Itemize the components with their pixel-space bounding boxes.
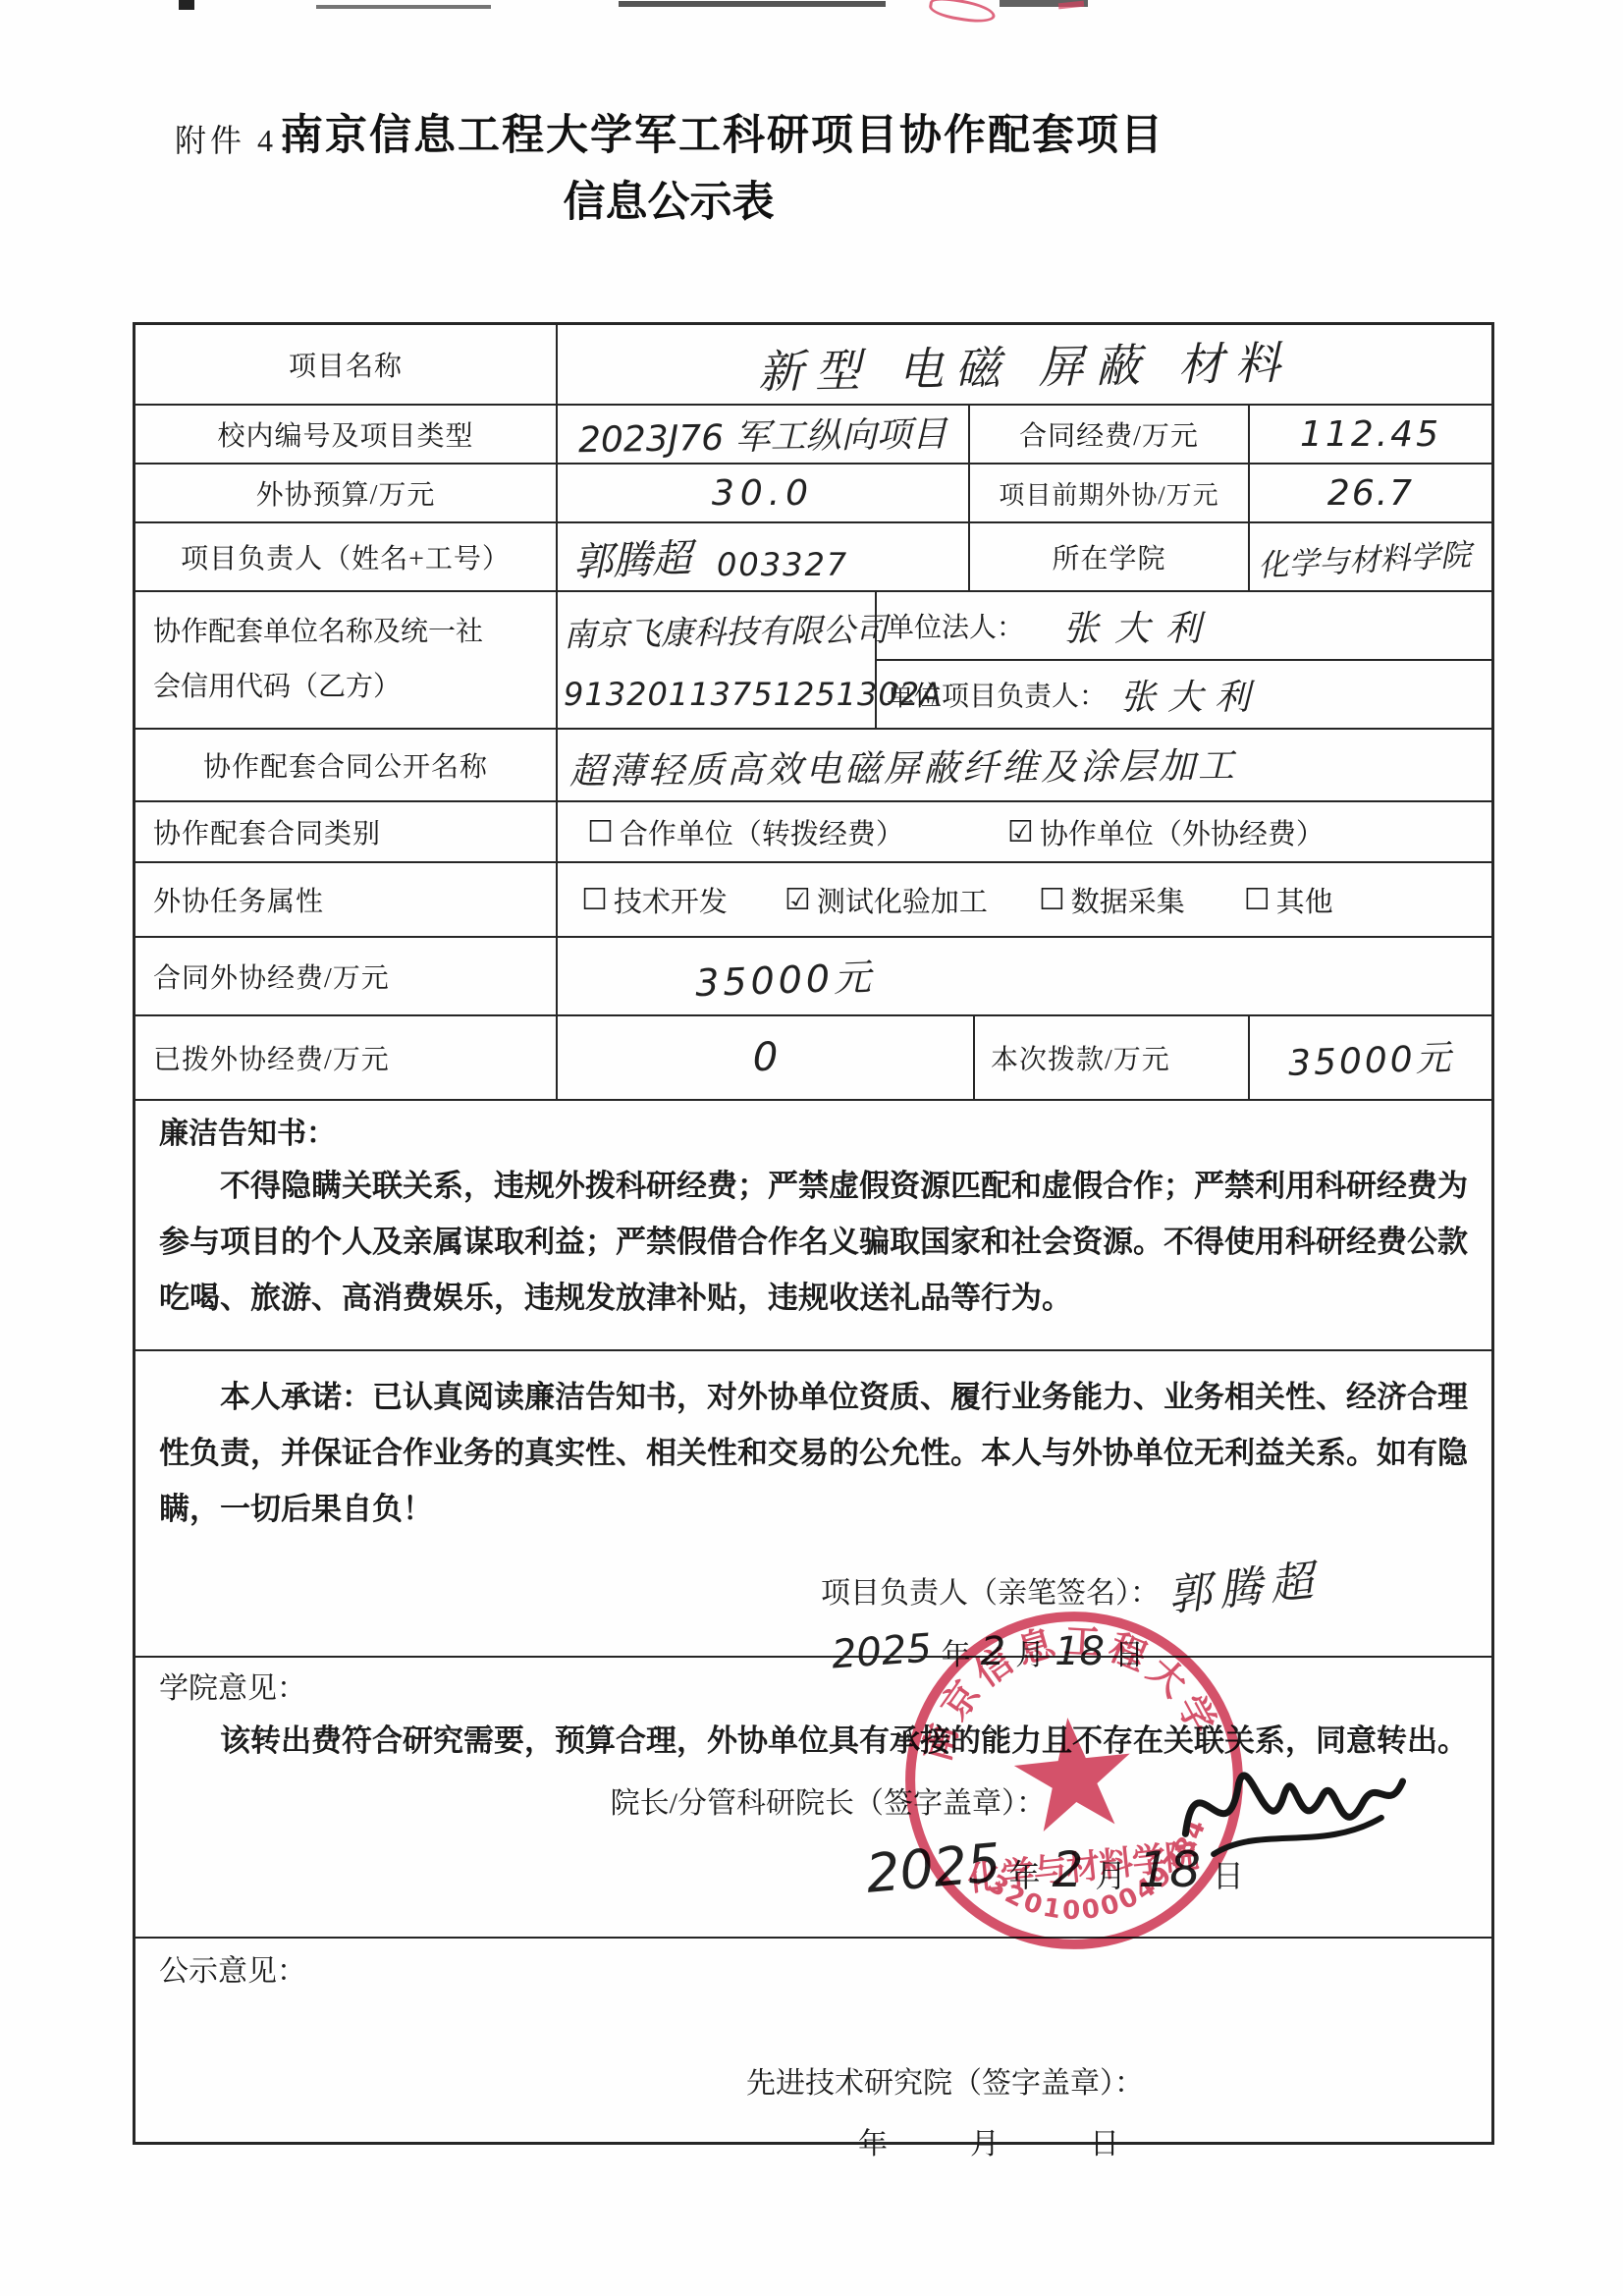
project-name-value-cell: 新型 电磁 屏蔽 材料 [558, 325, 1491, 404]
previous-outsource-label: 项目前期外协/万元 [970, 465, 1250, 521]
current-payment-cell: 35000元 [1250, 1016, 1491, 1099]
checkbox-other-icon: ☐ [1244, 883, 1271, 917]
checkbox-data-collection-icon: ☐ [1039, 883, 1065, 917]
checkbox-tech-dev-icon: ☐ [581, 883, 608, 917]
publicity-opinion-block: 公示意见： 先进技术研究院（签字盖章）： 年 月 日 [135, 1939, 1491, 2142]
project-leader-value-cell: 郭腾超 003327 [558, 523, 970, 590]
unit-pi-cell: 单位项目负责人： 张大利 [877, 661, 1491, 728]
row-project-id: 校内编号及项目类型 2023J76 军工纵向项目 合同经费/万元 112.45 [135, 406, 1491, 465]
paid-outsource-fund-handwritten: 0 [753, 1035, 778, 1080]
scan-smudge-dark-1 [179, 0, 194, 10]
unit-pi-handwritten: 张大利 [1120, 670, 1262, 720]
form-title-line2: 信息公示表 [281, 169, 1056, 229]
project-name-label: 项目名称 [135, 325, 558, 404]
row-partner-unit: 协作配套单位名称及统一社 会信用代码（乙方） 南京飞康科技有限公司 913201… [135, 592, 1491, 730]
legal-person-handwritten: 张大利 [1063, 601, 1217, 651]
publicity-date-month-unit: 月 [970, 2119, 1000, 2162]
publicity-date-line: 年 月 日 [159, 2119, 1119, 2162]
row-paid-outsource-fund: 已拨外协经费/万元 0 本次拨款/万元 35000元 [135, 1016, 1491, 1101]
stamp-star-icon [1009, 1712, 1137, 1834]
scan-smudge-dark-3 [619, 1, 886, 7]
project-id-label: 校内编号及项目类型 [135, 406, 558, 463]
integrity-notice-block: 廉洁告知书： 不得隐瞒关联关系，违规外拨科研经费；严禁虚假资源匹配和虚假合作；严… [135, 1101, 1491, 1349]
contract-public-name-cell: 超薄轻质高效电磁屏蔽纤维及涂层加工 [558, 730, 1491, 800]
row-contract-public-name: 协作配套合同公开名称 超薄轻质高效电磁屏蔽纤维及涂层加工 [135, 730, 1491, 802]
row-contract-outsource-fund: 合同外协经费/万元 35000元 [135, 938, 1491, 1016]
partner-company-cell: 南京飞康科技有限公司 91320113751251302A [558, 592, 877, 728]
publicity-sign-label: 先进技术研究院（签字盖章）： [746, 2058, 1144, 2102]
checkbox-data-collection-text: 数据采集 [1071, 880, 1185, 920]
college-handwritten: 化学与材料学院 [1257, 529, 1472, 584]
task-attribute-label: 外协任务属性 [135, 863, 558, 936]
checkbox-coop-unit-icon: ☐ [587, 815, 614, 849]
scanned-form-page: 附件 4： 南京信息工程大学军工科研项目协作配套项目 信息公示表 项目名称 新型… [0, 0, 1623, 2296]
project-id-handwritten: 2023J76 军工纵向项目 [578, 406, 947, 463]
checkbox-other-text: 其他 [1276, 880, 1333, 920]
legal-person-label: 单位法人： [887, 606, 1024, 645]
dean-signature-scrawl [1161, 1712, 1422, 1887]
checkbox-assist-unit-text: 协作单位（外协经费） [1040, 812, 1325, 852]
row-task-attribute: 外协任务属性 ☐ 技术开发 ☑ 测试化验加工 ☐ 数据采集 ☐ 其他 [135, 863, 1491, 938]
partner-label-line1: 协作配套单位名称及统一社 [153, 605, 483, 660]
commitment-block: 本人承诺：已认真阅读廉洁告知书，对外协单位资质、履行业务能力、业务相关性、经济合… [135, 1351, 1491, 1656]
contract-fund-label: 合同经费/万元 [970, 406, 1250, 463]
partner-credit-code-handwritten: 91320113751251302A [564, 676, 943, 713]
contract-public-name-label: 协作配套合同公开名称 [135, 730, 558, 800]
commitment-lead: 本人承诺： [220, 1380, 372, 1414]
contract-outsource-fund-label: 合同外协经费/万元 [135, 938, 558, 1014]
task-attribute-options: ☐ 技术开发 ☑ 测试化验加工 ☐ 数据采集 ☐ 其他 [558, 863, 1491, 936]
college-value-cell: 化学与材料学院 [1250, 523, 1491, 590]
checkbox-test-processing-icon: ☑ [784, 883, 811, 917]
leader-name-handwritten: 郭腾超 [572, 526, 692, 586]
contract-type-options: ☐ 合作单位（转拨经费） ☑ 协作单位（外协经费） [558, 802, 1491, 861]
form-title-line1: 南京信息工程大学军工科研项目协作配套项目 [281, 102, 1164, 162]
integrity-notice-body: 不得隐瞒关联关系，违规外拨科研经费；严禁虚假资源匹配和虚假合作；严禁利用科研经费… [159, 1158, 1468, 1326]
current-payment-handwritten: 35000元 [1287, 1030, 1454, 1086]
publicity-sign-line: 先进技术研究院（签字盖章）： [159, 2058, 1144, 2102]
college-label: 所在学院 [970, 523, 1250, 590]
commitment-body: 本人承诺：已认真阅读廉洁告知书，对外协单位资质、履行业务能力、业务相关性、经济合… [159, 1369, 1468, 1537]
contract-outsource-fund-cell: 35000元 [558, 938, 1491, 1014]
row-contract-type: 协作配套合同类别 ☐ 合作单位（转拨经费） ☑ 协作单位（外协经费） [135, 802, 1491, 863]
publicity-date-day-unit: 日 [1090, 2119, 1119, 2162]
contract-fund-value-cell: 112.45 [1250, 406, 1491, 463]
college-opinion-label: 学院意见： [159, 1664, 1468, 1707]
partner-company-handwritten: 南京飞康科技有限公司 [564, 604, 889, 656]
publicity-opinion-label: 公示意见： [159, 1946, 1468, 1990]
outsource-budget-value-cell: 30.0 [558, 465, 970, 521]
project-id-value-cell: 2023J76 军工纵向项目 [558, 406, 970, 463]
paid-outsource-fund-cell: 0 [558, 1016, 975, 1099]
leader-id-handwritten: 003327 [717, 546, 848, 583]
scan-smudge-red-1 [928, 0, 997, 26]
contract-type-label: 协作配套合同类别 [135, 802, 558, 861]
outsource-budget-handwritten: 30.0 [712, 473, 814, 514]
row-outsource-budget: 外协预算/万元 30.0 项目前期外协/万元 26.7 [135, 465, 1491, 523]
previous-outsource-handwritten: 26.7 [1327, 473, 1414, 514]
scan-smudge-dark-2 [316, 5, 491, 9]
row-integrity-notice: 廉洁告知书： 不得隐瞒关联关系，违规外拨科研经费；严禁虚假资源匹配和虚假合作；严… [135, 1101, 1491, 1351]
outsource-budget-label: 外协预算/万元 [135, 465, 558, 521]
project-leader-label: 项目负责人（姓名+工号） [135, 523, 558, 590]
paid-outsource-fund-label: 已拨外协经费/万元 [135, 1016, 558, 1099]
contract-public-name-handwritten: 超薄轻质高效电磁屏蔽纤维及涂层加工 [569, 736, 1237, 794]
partner-right-cells: 单位法人： 张大利 单位项目负责人： 张大利 [877, 592, 1491, 728]
partner-label: 协作配套单位名称及统一社 会信用代码（乙方） [135, 592, 558, 728]
current-payment-label: 本次拨款/万元 [975, 1016, 1250, 1099]
checkbox-tech-dev-text: 技术开发 [614, 880, 728, 920]
publicity-date-year-unit: 年 [858, 2119, 888, 2162]
integrity-notice-title: 廉洁告知书： [159, 1111, 1468, 1158]
previous-outsource-value-cell: 26.7 [1250, 465, 1491, 521]
row-publicity-opinion: 公示意见： 先进技术研究院（签字盖章）： 年 月 日 [135, 1939, 1491, 2142]
row-project-name: 项目名称 新型 电磁 屏蔽 材料 [135, 325, 1491, 406]
checkbox-test-processing-text: 测试化验加工 [817, 880, 988, 920]
partner-label-line2: 会信用代码（乙方） [153, 660, 401, 715]
checkbox-coop-unit-text: 合作单位（转拨经费） [620, 812, 904, 852]
contract-fund-handwritten: 112.45 [1300, 414, 1441, 455]
row-project-leader: 项目负责人（姓名+工号） 郭腾超 003327 所在学院 化学与材料学院 [135, 523, 1491, 592]
row-commitment: 本人承诺：已认真阅读廉洁告知书，对外协单位资质、履行业务能力、业务相关性、经济合… [135, 1351, 1491, 1658]
legal-person-cell: 单位法人： 张大利 [877, 592, 1491, 661]
scan-smudge-red-2 [1058, 1, 1084, 10]
checkbox-assist-unit-icon: ☑ [1007, 815, 1034, 849]
project-name-handwritten: 新型 电磁 屏蔽 材料 [757, 327, 1292, 401]
contract-outsource-fund-handwritten: 35000元 [694, 946, 876, 1006]
